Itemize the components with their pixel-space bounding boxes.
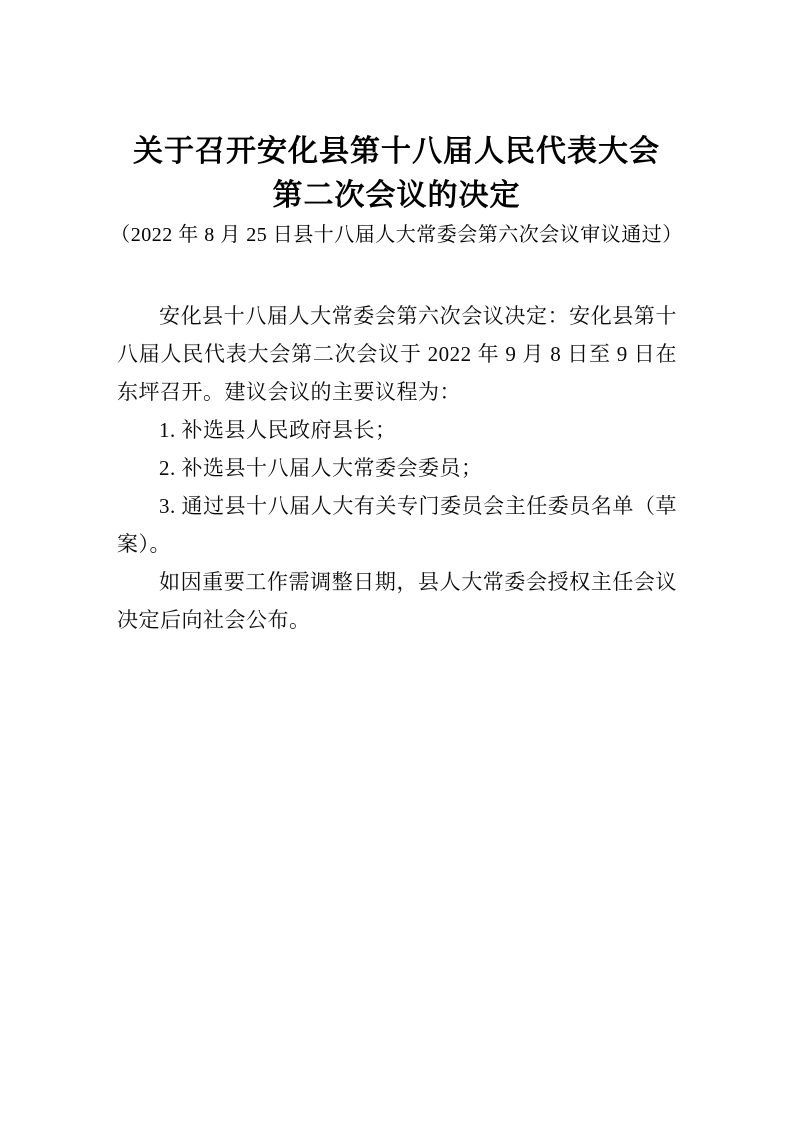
document-title-line-1: 关于召开安化县第十八届人民代表大会 (58, 130, 735, 174)
closing-paragraph: 如因重要工作需调整日期，县人大常委会授权主任会议决定后向社会公布。 (117, 563, 677, 639)
agenda-item-3: 3. 通过县十八届人大有关专门委员会主任委员名单（草案）。 (117, 487, 677, 563)
document-title: 关于召开安化县第十八届人民代表大会 第二次会议的决定 (58, 130, 735, 218)
agenda-item-2: 2. 补选县十八届人大常委会委员； (117, 449, 677, 487)
document-page: 关于召开安化县第十八届人民代表大会 第二次会议的决定 （2022 年 8 月 2… (0, 0, 793, 1122)
document-title-line-2: 第二次会议的决定 (58, 174, 735, 218)
document-body: 安化县十八届人大常委会第六次会议决定：安化县第十八届人民代表大会第二次会议于 2… (117, 297, 677, 639)
intro-paragraph: 安化县十八届人大常委会第六次会议决定：安化县第十八届人民代表大会第二次会议于 2… (117, 297, 677, 411)
document-subtitle: （2022 年 8 月 25 日县十八届人大常委会第六次会议审议通过） (58, 220, 735, 250)
agenda-item-1: 1. 补选县人民政府县长； (117, 411, 677, 449)
